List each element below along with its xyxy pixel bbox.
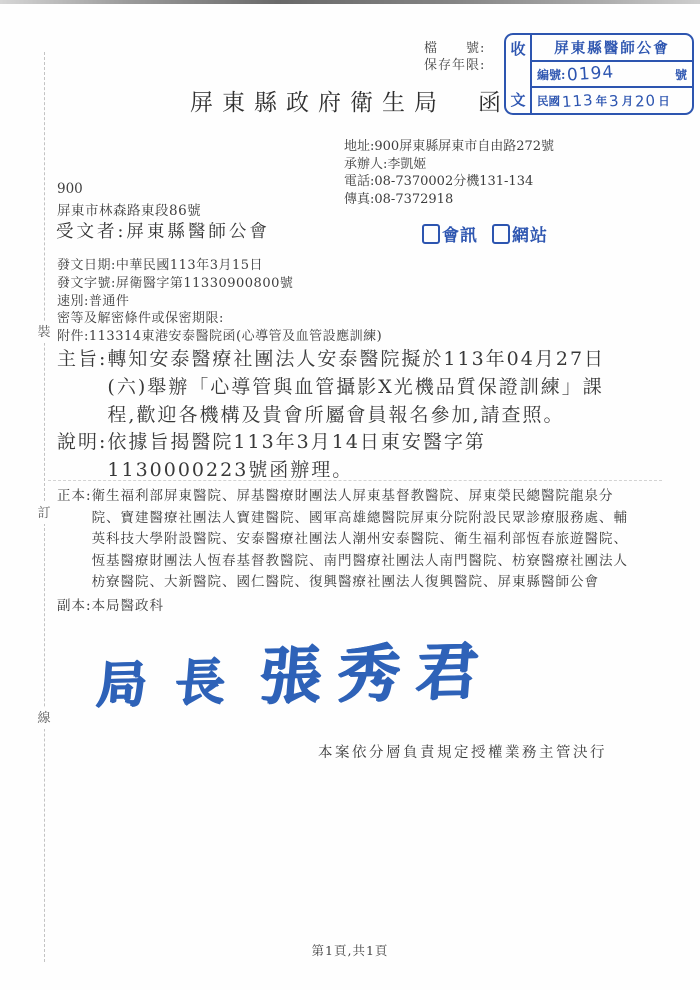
- page-number-footer: 第1頁,共1頁: [0, 941, 700, 959]
- stamp-month-suffix: 月: [622, 93, 634, 109]
- stamp-year-suffix: 年: [596, 93, 608, 109]
- original-recipients-field: 正本: 衛生福利部屏東醫院、屏基醫療財團法人屏東基督教醫院、屏東榮民總醫院龍泉分…: [57, 486, 640, 594]
- stamp-organization: 屏東縣醫師公會: [532, 35, 692, 62]
- original-recipients-label: 正本:: [57, 486, 92, 594]
- stamp-serial-label: 編號:: [537, 66, 565, 83]
- recipient-zip: 900: [57, 181, 83, 197]
- stamp-day-value: 20: [635, 91, 657, 110]
- recipient-line: 受文者:屏東縣醫師公會: [56, 218, 270, 243]
- route-stamp: 會訊 網站: [422, 221, 548, 246]
- director-name: 張秀君: [257, 634, 497, 713]
- secrecy-line: 密等及解密條件或保密期限:: [57, 310, 382, 328]
- scan-artifact-band: [0, 0, 700, 4]
- stamp-serial-value: 0194: [567, 62, 616, 85]
- official-letter-page: 裝 訂 線 檔 號: 保存年限: 收 文 屏東縣醫師公會 編號: 0194 號 …: [0, 0, 700, 990]
- route-option-newsletter-label: 會訊: [442, 221, 478, 246]
- copy-recipients-label: 副本:: [57, 596, 92, 618]
- binding-mark-ding: 訂: [36, 503, 51, 524]
- sender-address: 地址:900屏東縣屏東市自由路272號: [344, 138, 554, 156]
- explanation-field: 說明: 依據旨揭醫院113年3月14日東安醫字第1130000223號函辦理。: [57, 428, 607, 484]
- checkbox-newsletter-icon: [422, 224, 440, 244]
- sender-phone: 電話:08-7370002分機131-134: [344, 173, 554, 191]
- stamp-month-value: 3: [609, 91, 621, 110]
- speed-class-line: 速別:普通件: [57, 293, 382, 311]
- recipient-street: 屏東市林森路東段86號: [57, 199, 201, 219]
- explanation-text: 依據旨揭醫院113年3月14日東安醫字第1130000223號函辦理。: [107, 428, 607, 484]
- file-number-label: 檔 號:: [424, 40, 485, 57]
- subject-text: 轉知安泰醫療社團法人安泰醫院擬於113年04月27日(六)舉辦「心導管與血管攝影…: [107, 345, 607, 429]
- sender-fax: 傳真:08-7372918: [344, 191, 554, 209]
- copy-recipients-text: 本局醫政科: [92, 596, 640, 618]
- copy-recipients-field: 副本: 本局醫政科: [57, 596, 640, 618]
- sender-contact-block: 地址:900屏東縣屏東市自由路272號 承辦人:李凱姬 電話:08-737000…: [344, 138, 554, 208]
- file-number-block: 檔 號: 保存年限:: [424, 40, 485, 74]
- document-title: 屏東縣政府衛生局 函: [130, 84, 570, 117]
- retention-period-label: 保存年限:: [424, 57, 485, 74]
- attachment-line: 附件:113314東港安泰醫院函(心導管及血管設應訓練): [57, 328, 382, 346]
- subject-label: 主旨:: [57, 345, 107, 429]
- subject-field: 主旨: 轉知安泰醫療社團法人安泰醫院擬於113年04月27日(六)舉辦「心導管與…: [57, 345, 607, 429]
- explanation-label: 說明:: [57, 428, 107, 484]
- checkbox-website-icon: [492, 224, 510, 244]
- original-recipients-text: 衛生福利部屏東醫院、屏基醫療財團法人屏東基督教醫院、屏東榮民總醫院龍泉分院、寶建…: [92, 486, 640, 594]
- reference-number-line: 發文字號:屏衛醫字第11330900800號: [57, 275, 382, 293]
- delegation-note: 本案依分層負責規定授權業務主管決行: [318, 741, 607, 762]
- route-option-website: 網站: [492, 221, 548, 246]
- sender-contact-person: 承辦人:李凱姬: [344, 156, 554, 174]
- section-dashed-separator: [48, 480, 662, 481]
- stamp-serial-suffix: 號: [675, 66, 687, 83]
- stamp-day-suffix: 日: [658, 93, 670, 109]
- director-signature-stamp: 局長張秀君: [94, 621, 498, 720]
- binding-mark-xian: 線: [36, 708, 51, 729]
- route-option-newsletter: 會訊: [422, 221, 478, 246]
- binding-mark-zhuang: 裝: [36, 322, 51, 343]
- issue-date-line: 發文日期:中華民國113年3月15日: [57, 257, 382, 275]
- route-option-website-label: 網站: [512, 221, 548, 246]
- director-title: 局長: [94, 651, 255, 714]
- document-meta-block: 發文日期:中華民國113年3月15日 發文字號:屏衛醫字第11330900800…: [57, 257, 382, 346]
- stamp-receive-char: 收: [510, 38, 525, 59]
